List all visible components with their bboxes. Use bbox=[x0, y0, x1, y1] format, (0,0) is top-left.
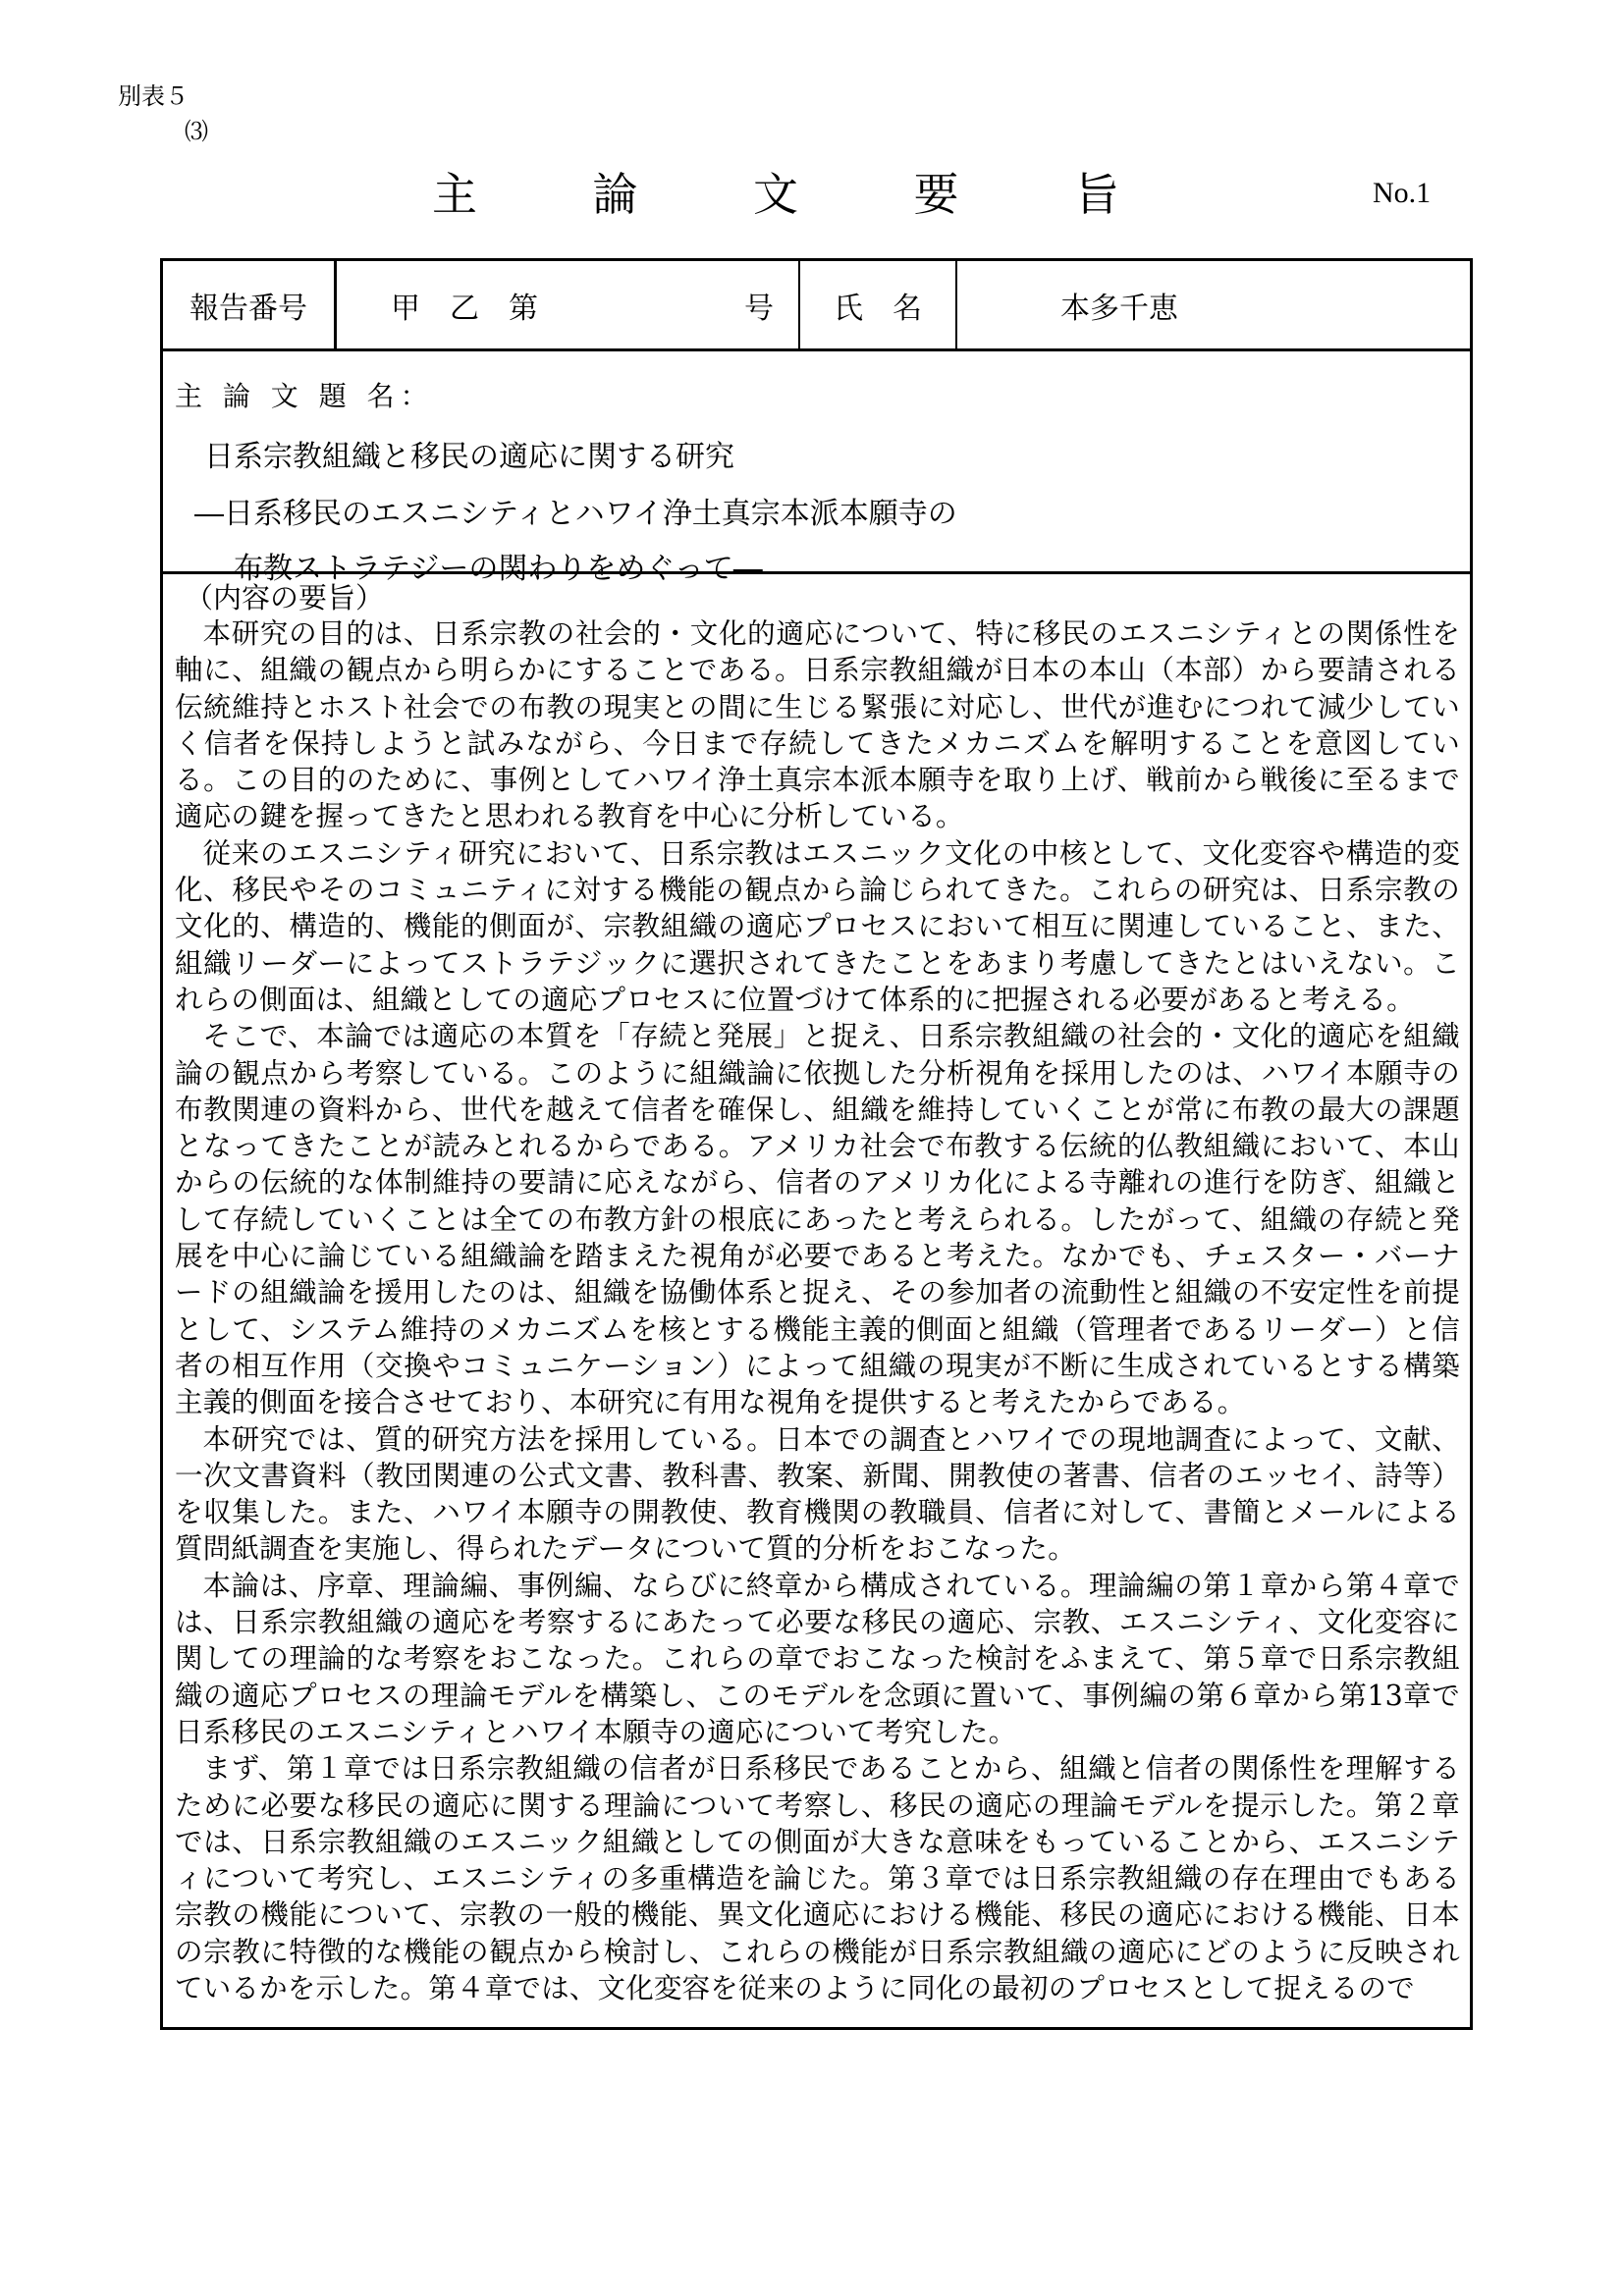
title-char: 旨 bbox=[1074, 159, 1119, 224]
name-value: 本多千恵 bbox=[957, 261, 1470, 348]
page-number: No.1 bbox=[1373, 177, 1431, 210]
summary-paragraph: 従来のエスニシティ研究において、日系宗教はエスニック文化の中核として、文化変容や… bbox=[175, 835, 1460, 1018]
summary-form: 報告番号 甲 乙 第 号 氏 名 本多千恵 主 論 文 題 名： 日系宗教組織と… bbox=[160, 258, 1473, 2030]
report-number-suffix: 号 bbox=[744, 284, 774, 327]
thesis-title-label: 主 論 文 題 名： bbox=[175, 375, 1470, 414]
report-number-prefix: 甲 乙 第 bbox=[391, 284, 538, 327]
form-subsection: ⑶ bbox=[185, 118, 208, 145]
summary-paragraph: 本論は、序章、理論編、事例編、ならびに終章から構成されている。理論編の第１章から… bbox=[175, 1568, 1460, 1750]
thesis-title-section: 主 論 文 題 名： 日系宗教組織と移民の適応に関する研究 ―日系移民のエスニシ… bbox=[163, 351, 1470, 574]
title-char: 文 bbox=[753, 159, 798, 224]
name-label: 氏 名 bbox=[800, 261, 957, 348]
document-title: 主 論 文 要 旨 bbox=[432, 162, 1119, 221]
summary-paragraph: そこで、本論では適応の本質を「存続と発展」と捉え、日系宗教組織の社会的・文化的適… bbox=[175, 1018, 1460, 1420]
summary-content: （内容の要旨） 本研究の目的は、日系宗教の社会的・文化的適応について、特に移民の… bbox=[163, 574, 1470, 2027]
info-row: 報告番号 甲 乙 第 号 氏 名 本多千恵 bbox=[163, 261, 1470, 351]
summary-paragraph: 本研究の目的は、日系宗教の社会的・文化的適応について、特に移民のエスニシティとの… bbox=[175, 615, 1460, 835]
thesis-subtitle-line1: ―日系移民のエスニシティとハワイ浄土真宗本派本願寺の bbox=[175, 489, 1470, 532]
summary-paragraph: まず、第１章では日系宗教組織の信者が日系移民であることから、組織と信者の関係性を… bbox=[175, 1750, 1460, 2006]
summary-heading: （内容の要旨） bbox=[185, 580, 1460, 615]
report-number-value: 甲 乙 第 号 bbox=[337, 261, 800, 348]
title-char: 要 bbox=[914, 159, 959, 224]
title-char: 主 bbox=[432, 159, 477, 224]
form-reference: 別表５ bbox=[118, 82, 189, 110]
report-number-label: 報告番号 bbox=[163, 261, 337, 348]
title-char: 論 bbox=[593, 159, 638, 224]
summary-paragraph: 本研究では、質的研究方法を採用している。日本での調査とハワイでの現地調査によって… bbox=[175, 1421, 1460, 1568]
thesis-main-title: 日系宗教組織と移民の適応に関する研究 bbox=[175, 432, 1470, 475]
